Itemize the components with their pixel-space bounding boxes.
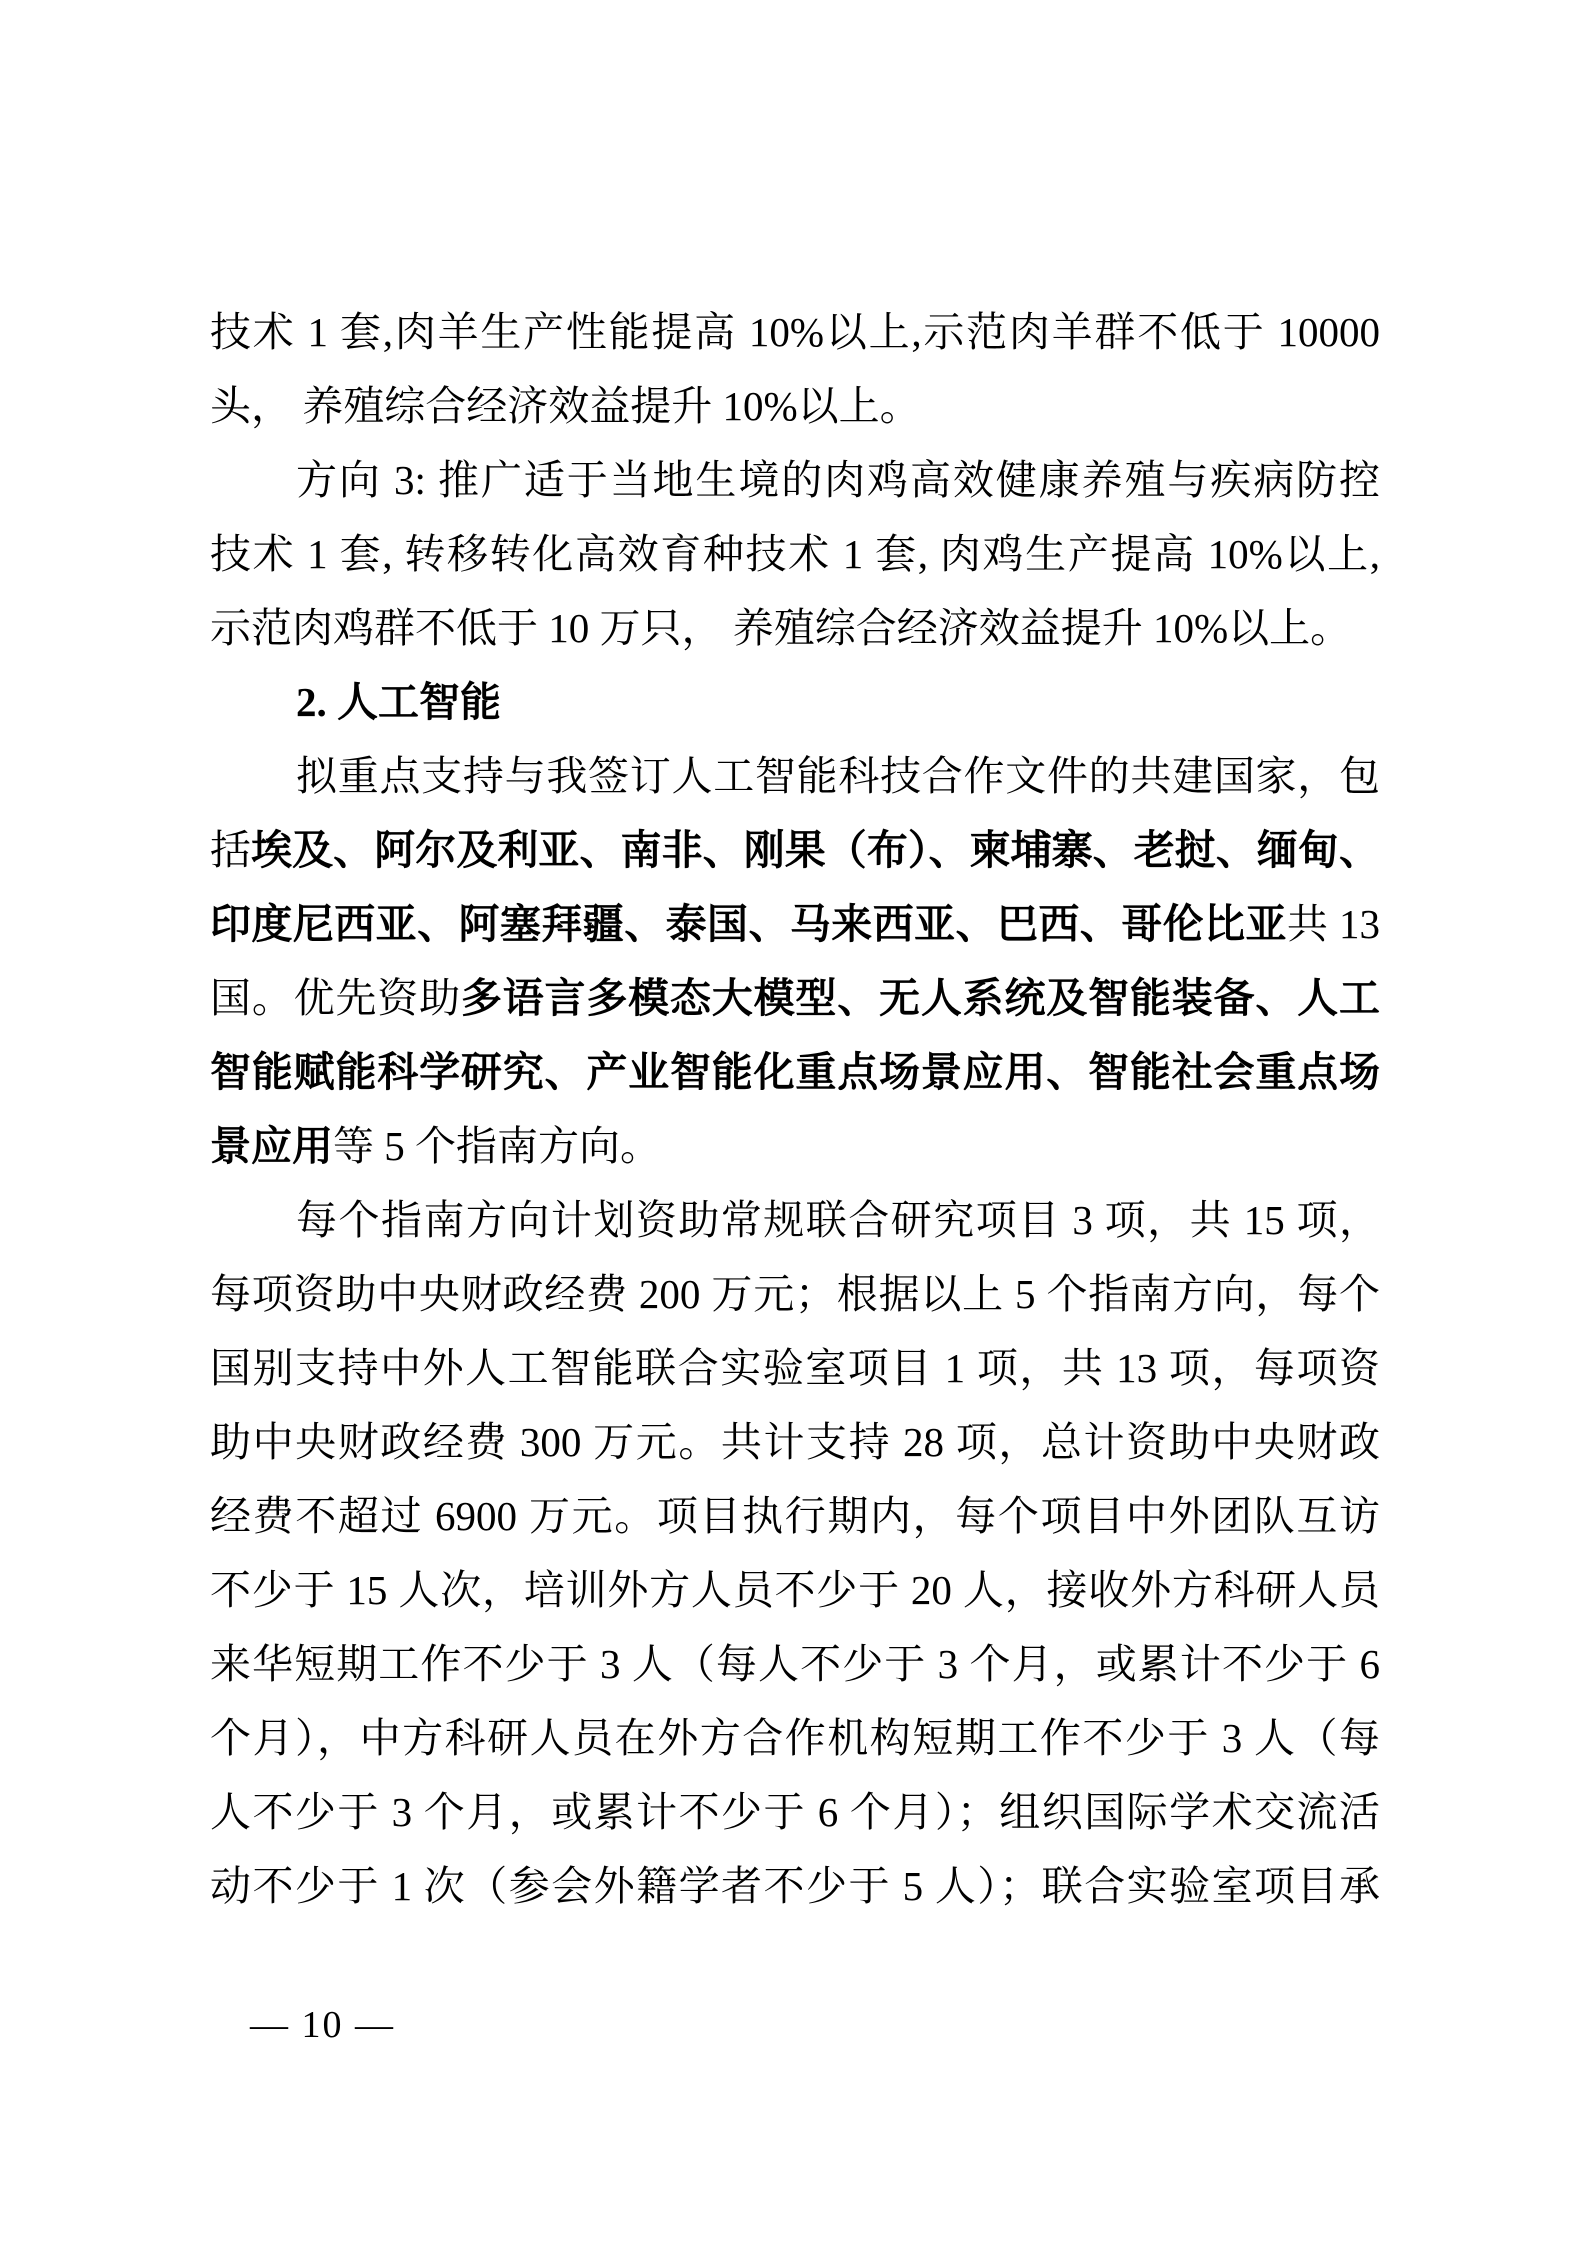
- text-line: 技术 1 套, 转移转化高效育种技术 1 套, 肉鸡生产提高 10%以上,: [210, 517, 1380, 591]
- page-number: — 10 —: [250, 2003, 395, 2047]
- text-segment: 人不少于 3 个月，或累计不少于 6 个月）；组织国际学术交流活: [210, 1789, 1380, 1835]
- text-line: 头， 养殖综合经济效益提升 10%以上。: [210, 369, 1380, 443]
- text-segment: 示范肉鸡群不低于 10 万只， 养殖综合经济效益提升 10%以上。: [210, 605, 1351, 651]
- text-line: 每项资助中央财政经费 200 万元；根据以上 5 个指南方向，每个: [210, 1257, 1380, 1331]
- text-line: 每个指南方向计划资助常规联合研究项目 3 项，共 15 项，: [210, 1183, 1380, 1257]
- document-page: 技术 1 套,肉羊生产性能提高 10%以上,示范肉羊群不低于 10000头， 养…: [0, 0, 1587, 2245]
- text-segment: 共 13: [1287, 901, 1380, 947]
- text-line: 2. 人工智能: [210, 665, 1380, 739]
- text-line: 人不少于 3 个月，或累计不少于 6 个月）；组织国际学术交流活: [210, 1775, 1380, 1849]
- text-line: 拟重点支持与我签订人工智能科技合作文件的共建国家，包: [210, 739, 1380, 813]
- text-line: 助中央财政经费 300 万元。共计支持 28 项，总计资助中央财政: [210, 1405, 1380, 1479]
- text-line: 技术 1 套,肉羊生产性能提高 10%以上,示范肉羊群不低于 10000: [210, 295, 1380, 369]
- bold-text-segment: 景应用: [210, 1123, 333, 1169]
- bold-text-segment: 智能赋能科学研究、产业智能化重点场景应用、智能社会重点场: [210, 1049, 1380, 1095]
- text-segment: 括: [210, 827, 251, 873]
- text-line: 不少于 15 人次，培训外方人员不少于 20 人，接收外方科研人员: [210, 1553, 1380, 1627]
- text-line: 国别支持中外人工智能联合实验室项目 1 项，共 13 项，每项资: [210, 1331, 1380, 1405]
- text-line: 来华短期工作不少于 3 人（每人不少于 3 个月，或累计不少于 6: [210, 1627, 1380, 1701]
- bold-text-segment: 多语言多模态大模型、无人系统及智能装备、人工: [461, 975, 1380, 1021]
- text-line: 个月），中方科研人员在外方合作机构短期工作不少于 3 人（每: [210, 1701, 1380, 1775]
- text-segment: 每个指南方向计划资助常规联合研究项目 3 项，共 15 项，: [296, 1197, 1380, 1243]
- text-segment: 每项资助中央财政经费 200 万元；根据以上 5 个指南方向，每个: [210, 1271, 1380, 1317]
- text-line: 动不少于 1 次（参会外籍学者不少于 5 人）；联合实验室项目承: [210, 1849, 1380, 1923]
- text-segment: 技术 1 套, 转移转化高效育种技术 1 套, 肉鸡生产提高 10%以上,: [210, 531, 1380, 577]
- text-line: 示范肉鸡群不低于 10 万只， 养殖综合经济效益提升 10%以上。: [210, 591, 1380, 665]
- text-segment: 国。优先资助: [210, 975, 461, 1021]
- text-line: 经费不超过 6900 万元。项目执行期内，每个项目中外团队互访: [210, 1479, 1380, 1553]
- text-segment: 经费不超过 6900 万元。项目执行期内，每个项目中外团队互访: [210, 1493, 1380, 1539]
- body-text: 技术 1 套,肉羊生产性能提高 10%以上,示范肉羊群不低于 10000头， 养…: [210, 295, 1380, 1923]
- text-segment: 个月），中方科研人员在外方合作机构短期工作不少于 3 人（每: [210, 1715, 1380, 1761]
- text-line: 景应用等 5 个指南方向。: [210, 1109, 1380, 1183]
- text-line: 括埃及、阿尔及利亚、南非、刚果（布）、柬埔寨、老挝、缅甸、: [210, 813, 1380, 887]
- text-segment: 国别支持中外人工智能联合实验室项目 1 项，共 13 项，每项资: [210, 1345, 1380, 1391]
- text-segment: 拟重点支持与我签订人工智能科技合作文件的共建国家，包: [296, 753, 1380, 799]
- text-segment: 助中央财政经费 300 万元。共计支持 28 项，总计资助中央财政: [210, 1419, 1380, 1465]
- text-segment: 头， 养殖综合经济效益提升 10%以上。: [210, 383, 921, 429]
- text-segment: 不少于 15 人次，培训外方人员不少于 20 人，接收外方科研人员: [210, 1567, 1380, 1613]
- text-line: 印度尼西亚、阿塞拜疆、泰国、马来西亚、巴西、哥伦比亚共 13: [210, 887, 1380, 961]
- text-line: 智能赋能科学研究、产业智能化重点场景应用、智能社会重点场: [210, 1035, 1380, 1109]
- text-segment: 来华短期工作不少于 3 人（每人不少于 3 个月，或累计不少于 6: [210, 1641, 1380, 1687]
- bold-text-segment: 埃及、阿尔及利亚、南非、刚果（布）、柬埔寨、老挝、缅甸、: [251, 827, 1380, 873]
- text-segment: 方向 3: 推广适于当地生境的肉鸡高效健康养殖与疾病防控: [296, 457, 1380, 503]
- text-line: 方向 3: 推广适于当地生境的肉鸡高效健康养殖与疾病防控: [210, 443, 1380, 517]
- bold-text-segment: 印度尼西亚、阿塞拜疆、泰国、马来西亚、巴西、哥伦比亚: [210, 901, 1287, 947]
- text-segment: 动不少于 1 次（参会外籍学者不少于 5 人）；联合实验室项目承: [210, 1863, 1380, 1909]
- text-segment: 等 5 个指南方向。: [333, 1123, 661, 1169]
- text-line: 国。优先资助多语言多模态大模型、无人系统及智能装备、人工: [210, 961, 1380, 1035]
- bold-text-segment: 2. 人工智能: [296, 679, 501, 725]
- page-number-text: — 10 —: [250, 2004, 395, 2046]
- text-segment: 技术 1 套,肉羊生产性能提高 10%以上,示范肉羊群不低于 10000: [210, 309, 1380, 355]
